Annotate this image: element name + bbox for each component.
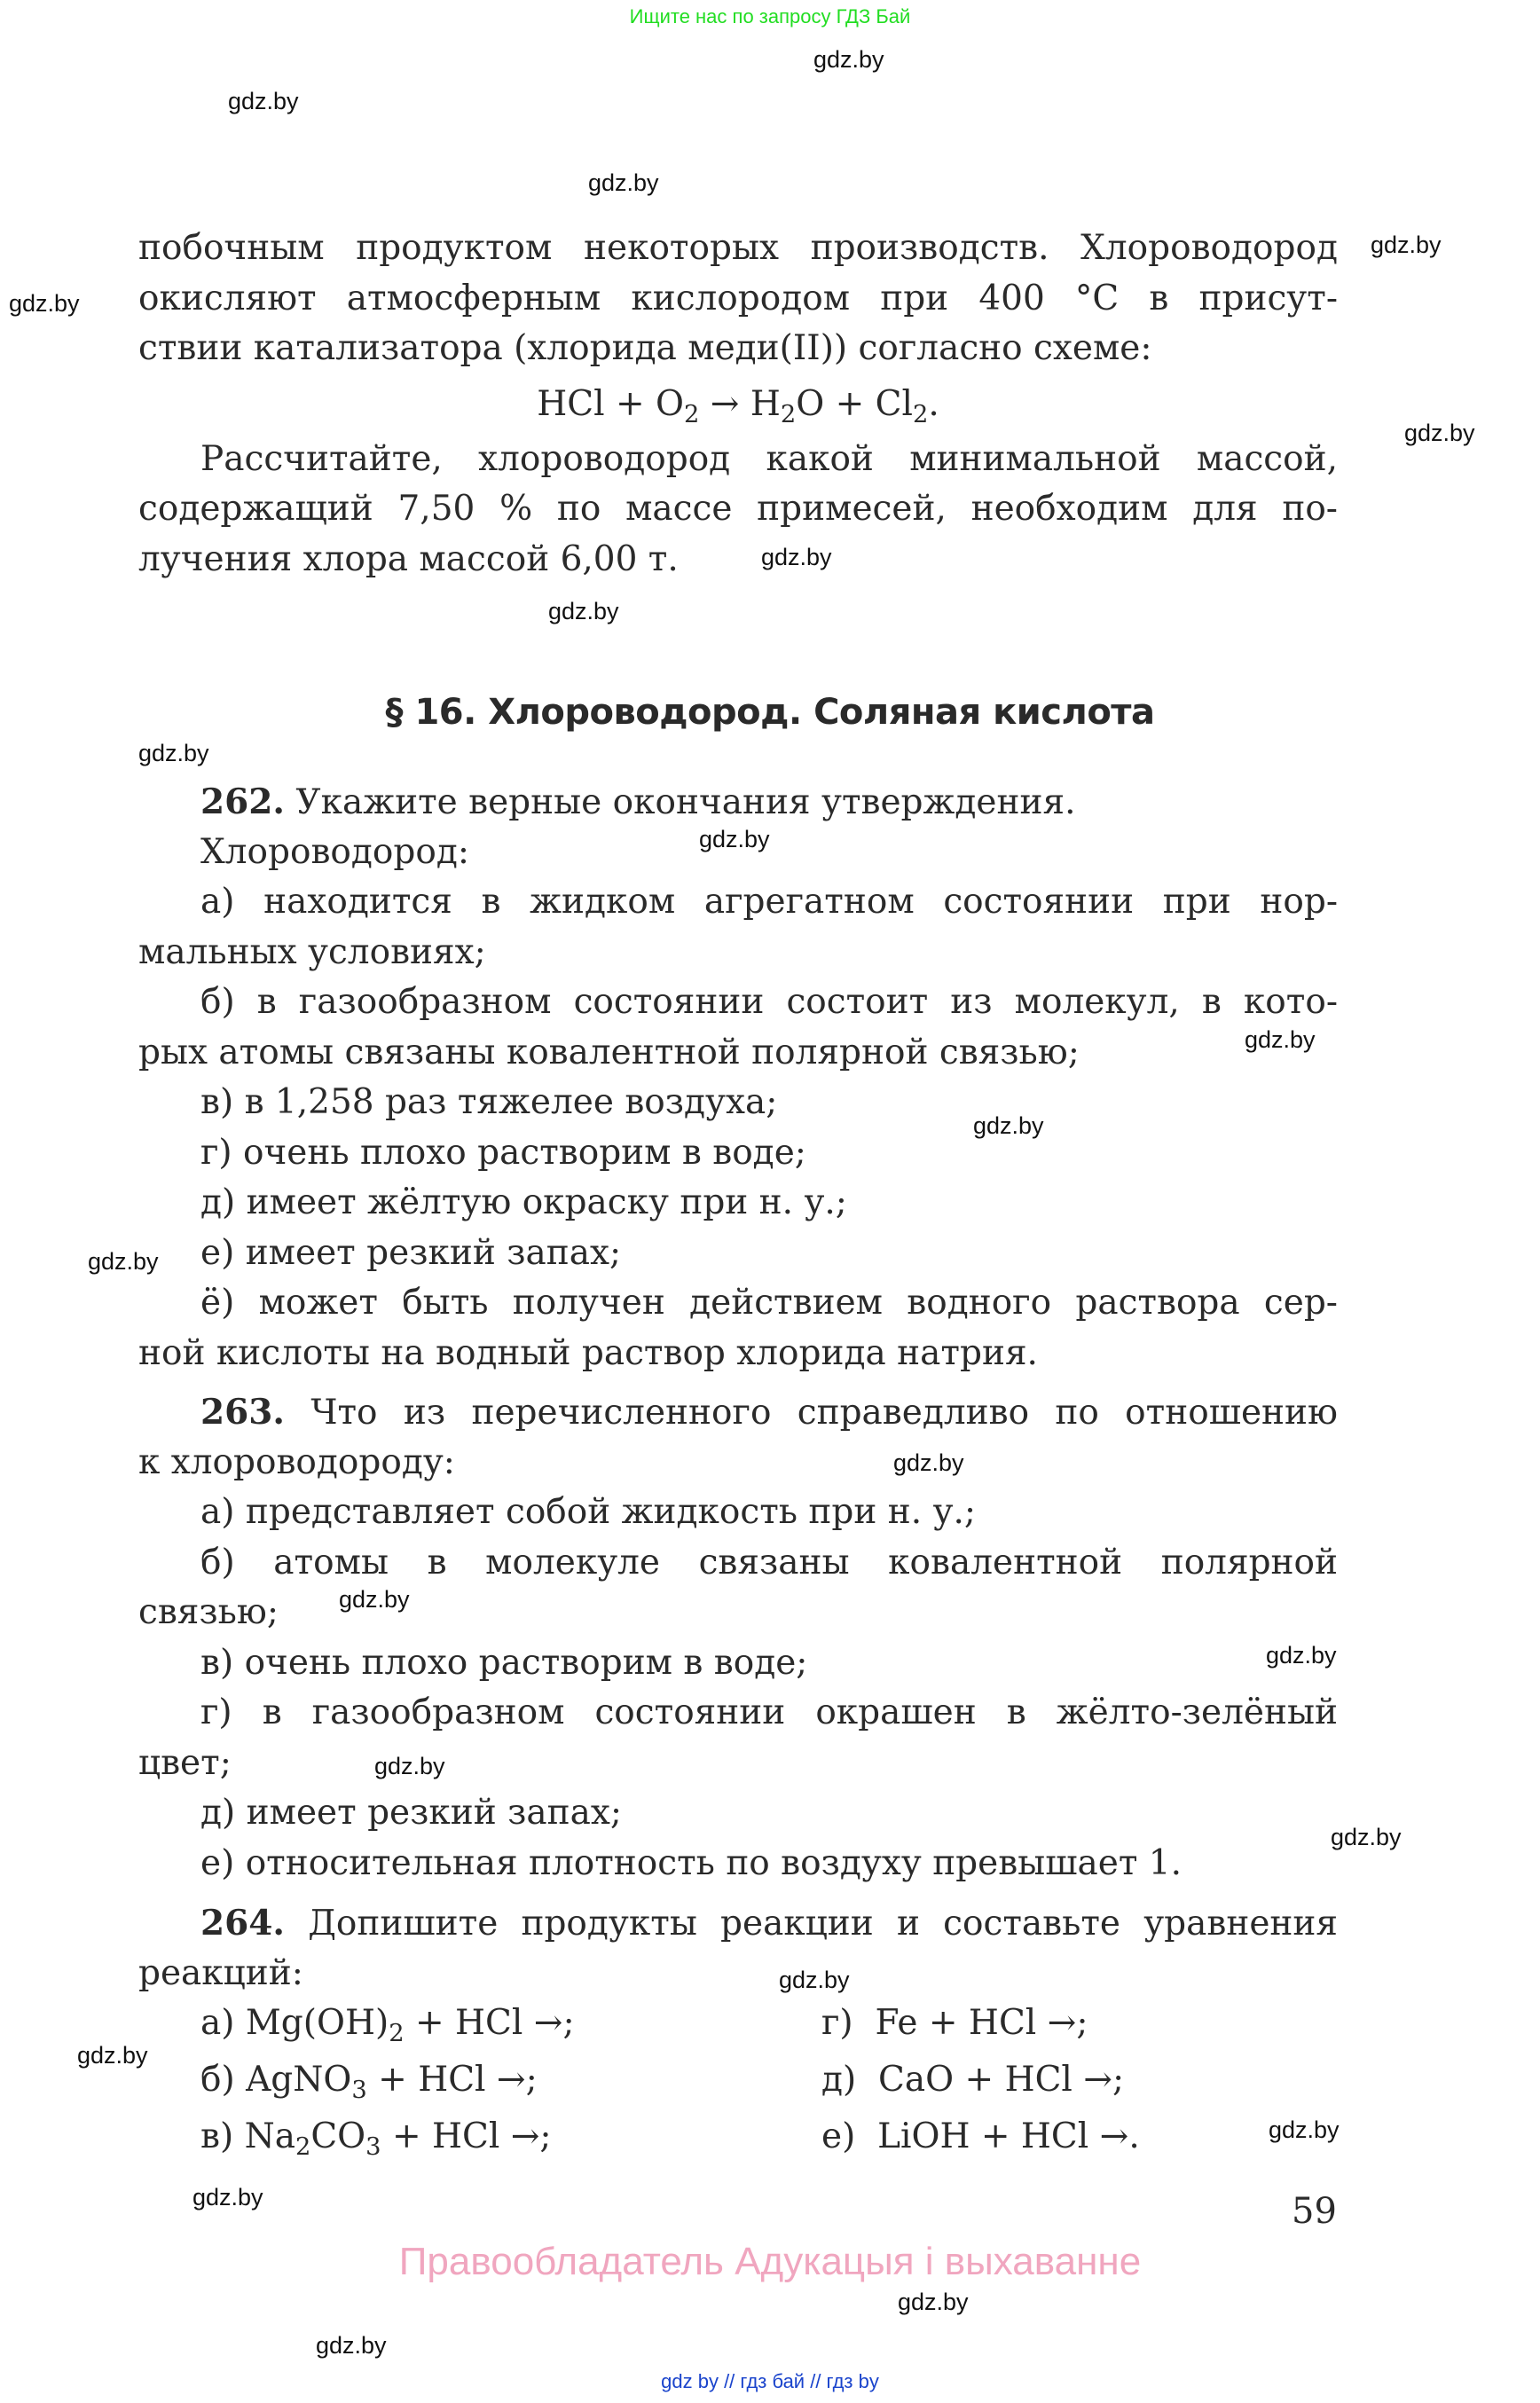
task-264: 264. Допишите продукты реакции и составь…: [138, 1898, 1338, 2169]
text-line: ствии катализатора (хлорида меди(II)) со…: [138, 324, 1338, 374]
reaction-e: е) LiOH + HCl →.: [821, 2112, 1140, 2163]
reaction-v: в) Na2CO3 + HCl →;: [200, 2112, 552, 2163]
option-e: е) имеет резкий запах;: [138, 1229, 1338, 1279]
reaction-b: б) AgNO3 + HCl →;: [200, 2055, 538, 2106]
option-e: е) относительная плотность по воздуху пр…: [138, 1839, 1338, 1889]
reaction-formula: HCl + O2 → H2O + Cl2.: [138, 374, 1338, 435]
reaction-row: в) Na2CO3 + HCl →; е) LiOH + HCl →.: [138, 2112, 1338, 2169]
task-number: 263.: [200, 1392, 285, 1433]
reaction-g: г) Fe + HCl →;: [821, 1999, 1088, 2049]
text-line: цвет;: [138, 1739, 1338, 1789]
watermark: gdz.by: [192, 2184, 263, 2211]
text-line: побочным продуктом некоторых производств…: [138, 224, 1338, 274]
text-line: Хлороводород:: [138, 828, 1338, 878]
watermark: gdz.by: [1404, 420, 1475, 447]
watermark: gdz.by: [77, 2042, 148, 2069]
option-a: а) находится в жидком агрегатном состоян…: [138, 877, 1338, 928]
reaction-row: а) Mg(OH)2 + HCl →; г) Fe + HCl →;: [138, 1999, 1338, 2055]
footer-links[interactable]: gdz by // гдз бай // гдз by: [0, 2370, 1540, 2393]
watermark: gdz.by: [898, 2289, 969, 2316]
option-yo: ё) может быть получен действием водного …: [138, 1278, 1338, 1329]
text-line: содержащий 7,50 % по массе примесей, нео…: [138, 484, 1338, 535]
watermark: gdz.by: [228, 88, 299, 115]
watermark: gdz.by: [588, 169, 659, 197]
option-a: а) представляет собой жидкость при н. у.…: [138, 1488, 1338, 1538]
text-line: связью;: [138, 1588, 1338, 1638]
option-b: б) в газообразном состоянии состоит из м…: [138, 978, 1338, 1028]
task-number: 262.: [200, 781, 285, 822]
watermark: gdz.by: [316, 2332, 387, 2360]
text-line: лучения хлора массой 6,00 т.: [138, 535, 1338, 585]
reaction-a: а) Mg(OH)2 + HCl →;: [200, 1999, 575, 2049]
watermark: gdz.by: [548, 598, 619, 625]
text-line: окисляют атмосферным кислородом при 400 …: [138, 274, 1338, 325]
text-line: к хлороводороду:: [138, 1438, 1338, 1488]
search-hint-header: Ищите нас по запросу ГДЗ Бай: [0, 5, 1540, 28]
text-line: Рассчитайте, хлороводород какой минималь…: [138, 435, 1338, 485]
task-number: 264.: [200, 1903, 285, 1944]
option-b: б) атомы в молекуле связаны ковалентной …: [138, 1538, 1338, 1589]
option-g: г) очень плохо растворим в воде;: [138, 1128, 1338, 1179]
task-heading: 264. Допишите продукты реакции и составь…: [138, 1898, 1338, 1949]
option-v: в) в 1,258 раз тяжелее воздуха;: [138, 1078, 1338, 1128]
page-number: 59: [1292, 2191, 1337, 2232]
section-title: § 16. Хлороводород. Соляная кислота: [0, 692, 1540, 733]
task-262: 262. Укажите верные окончания утверждени…: [138, 777, 1338, 1378]
watermark: gdz.by: [138, 740, 209, 767]
intro-paragraph: побочным продуктом некоторых производств…: [138, 224, 1338, 585]
task-heading: 263. Что из перечисленного справедливо п…: [138, 1387, 1338, 1438]
option-g: г) в газообразном состоянии окрашен в жё…: [138, 1688, 1338, 1739]
text-line: мальных условиях;: [138, 928, 1338, 978]
option-v: в) очень плохо растворим в воде;: [138, 1638, 1338, 1689]
task-heading: 262. Укажите верные окончания утверждени…: [138, 777, 1338, 828]
text-line: ной кислоты на водный раствор хлорида на…: [138, 1329, 1338, 1379]
watermark: gdz.by: [1331, 1824, 1402, 1851]
watermark: gdz.by: [9, 290, 80, 318]
reaction-row: б) AgNO3 + HCl →; д) CaO + HCl →;: [138, 2055, 1338, 2112]
watermark: gdz.by: [813, 46, 884, 74]
option-d: д) имеет жёлтую окраску при н. у.;: [138, 1178, 1338, 1229]
text-line: рых атомы связаны ковалентной полярной с…: [138, 1028, 1338, 1079]
task-263: 263. Что из перечисленного справедливо п…: [138, 1387, 1338, 1889]
reaction-d: д) CaO + HCl →;: [821, 2055, 1124, 2106]
watermark: gdz.by: [1371, 232, 1442, 259]
text-line: реакций:: [138, 1949, 1338, 1999]
copyright-holder: Правообладатель Адукацыя і выхаванне: [0, 2240, 1540, 2284]
option-d: д) имеет резкий запах;: [138, 1788, 1338, 1839]
